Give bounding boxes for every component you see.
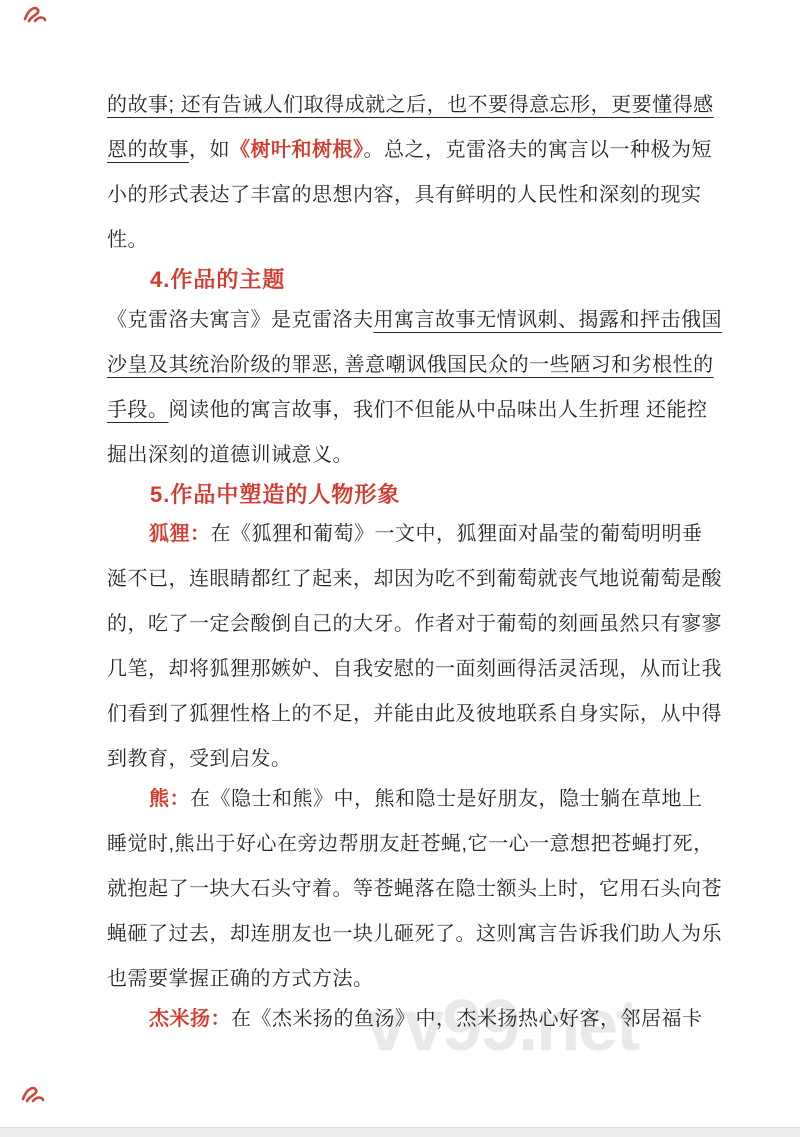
section-heading: 4.作品的主题: [107, 257, 747, 302]
plain-text: 4.作品的主题: [150, 267, 285, 292]
plain-text: 也需要掌握正确的方式方法。: [107, 968, 374, 990]
text-line: 狐狸：在《狐狸和葡萄》一文中，狐狸面对晶莹的葡萄明明垂: [107, 512, 747, 557]
underlined-text: 手段。: [107, 399, 169, 421]
plain-text: 就抱起了一块大石头守着。等苍蝇落在隐士额头上时，它用石头向苍: [107, 878, 722, 900]
highlight-term: 熊：: [149, 788, 190, 810]
text-line: 手段。阅读他的寓言故事，我们不但能从中品味出人生折理 还能控: [107, 388, 747, 433]
text-line: 涎不已，连眼睛都红了起来，却因为吃不到葡萄就丧气地说葡萄是酸: [107, 557, 747, 602]
text-line: 也需要掌握正确的方式方法。: [107, 957, 747, 1002]
plain-text: 的，吃了一定会酸倒自己的大牙。作者对于葡萄的刻画虽然只有寥寥: [107, 613, 722, 635]
text-line: 杰米扬：在《杰米扬的鱼汤》中，杰米扬热心好客，邻居福卡: [107, 997, 747, 1042]
text-line: 们看到了狐狸性格上的不足，并能由此及彼地联系自身实际，从中得: [107, 692, 747, 737]
plain-text: 阅读他的寓言故事，我们不但能从中品味出人生折理 还能控: [169, 399, 708, 421]
plain-text: 性。: [107, 229, 148, 251]
text-line: 就抱起了一块大石头守着。等苍蝇落在隐士额头上时，它用石头向苍: [107, 867, 747, 912]
plain-text: 5.作品中塑造的人物形象: [150, 482, 400, 507]
section-heading: 5.作品中塑造的人物形象: [107, 472, 747, 517]
text-line: 到教育，受到启发。: [107, 737, 747, 782]
plain-text: 们看到了狐狸性格上的不足，并能由此及彼地联系自身实际，从中得: [107, 703, 722, 725]
text-line: 的故事; 还有告诫人们取得成就之后，也不要得意忘形，更要懂得感: [107, 83, 747, 128]
plain-text: 。总之，克雷洛夫的寓言以一种极为短: [364, 139, 713, 161]
text-line: 蝇砸了过去，却连朋友也一块儿砸死了。这则寓言告诉我们助人为乐: [107, 912, 747, 957]
plain-text: 在《杰米扬的鱼汤》中，杰米扬热心好客，邻居福卡: [231, 1008, 703, 1030]
plain-text: 睡觉时,熊出于好心在旁边帮朋友赶苍蝇,它一心一意想把苍蝇打死，: [107, 833, 714, 855]
plain-text: 《克雷洛夫寓言》是克雷洛夫: [107, 309, 374, 331]
underlined-text: 恩的故事: [107, 139, 189, 161]
text-block: 的故事; 还有告诫人们取得成就之后，也不要得意忘形，更要懂得感恩的故事，如《树叶…: [107, 83, 747, 1042]
text-line: 恩的故事，如《树叶和树根》。总之，克雷洛夫的寓言以一种极为短: [107, 128, 747, 173]
corner-stamp-icon: [18, 1084, 46, 1108]
underlined-text: 的故事; 还有告诫人们取得成就之后，也不要得意忘形，更要懂得感: [107, 94, 714, 116]
underlined-text: 沙皇及其统治阶级的罪恶, 善意嘲讽俄国民众的一些陋习和劣根性的: [107, 354, 714, 376]
highlight-term: 狐狸：: [149, 523, 211, 545]
text-line: 熊：在《隐士和熊》中，熊和隐士是好朋友，隐士躺在草地上: [107, 777, 747, 822]
document-page: vv99.net 的故事; 还有告诫人们取得成就之后，也不要得意忘形，更要懂得感…: [0, 0, 800, 1137]
plain-text: 在《狐狸和葡萄》一文中，狐狸面对晶莹的葡萄明明垂: [211, 523, 703, 545]
plain-text: 小的形式表达了丰富的思想内容，具有鲜明的人民性和深刻的现实: [107, 184, 702, 206]
plain-text: 蝇砸了过去，却连朋友也一块儿砸死了。这则寓言告诉我们助人为乐: [107, 923, 722, 945]
plain-text: 几笔，却将狐狸那嫉妒、自我安慰的一面刻画得活灵活现，从而让我: [107, 658, 722, 680]
plain-text: 到教育，受到启发。: [107, 748, 292, 770]
highlight-term: 杰米扬：: [149, 1008, 231, 1030]
text-line: 几笔，却将狐狸那嫉妒、自我安慰的一面刻画得活灵活现，从而让我: [107, 647, 747, 692]
text-line: 沙皇及其统治阶级的罪恶, 善意嘲讽俄国民众的一些陋习和劣根性的: [107, 343, 747, 388]
underlined-text: 用寓言故事无情讽刺、揭露和抨击俄国: [374, 309, 723, 331]
text-line: 睡觉时,熊出于好心在旁边帮朋友赶苍蝇,它一心一意想把苍蝇打死，: [107, 822, 747, 867]
highlight-term: 《树叶和树根》: [230, 139, 364, 161]
plain-text: 在《隐士和熊》中，熊和隐士是好朋友，隐士躺在草地上: [190, 788, 703, 810]
text-line: 小的形式表达了丰富的思想内容，具有鲜明的人民性和深刻的现实: [107, 173, 747, 218]
plain-text: 涎不已，连眼睛都红了起来，却因为吃不到葡萄就丧气地说葡萄是酸: [107, 568, 722, 590]
text-line: 的，吃了一定会酸倒自己的大牙。作者对于葡萄的刻画虽然只有寥寥: [107, 602, 747, 647]
plain-text: 掘出深刻的道德训诫意义。: [107, 444, 353, 466]
text-line: 《克雷洛夫寓言》是克雷洛夫用寓言故事无情讽刺、揭露和抨击俄国: [107, 298, 747, 343]
plain-text: ，如: [189, 139, 230, 161]
corner-stamp-icon: [20, 4, 48, 28]
page-bottom-edge: [0, 1127, 800, 1137]
